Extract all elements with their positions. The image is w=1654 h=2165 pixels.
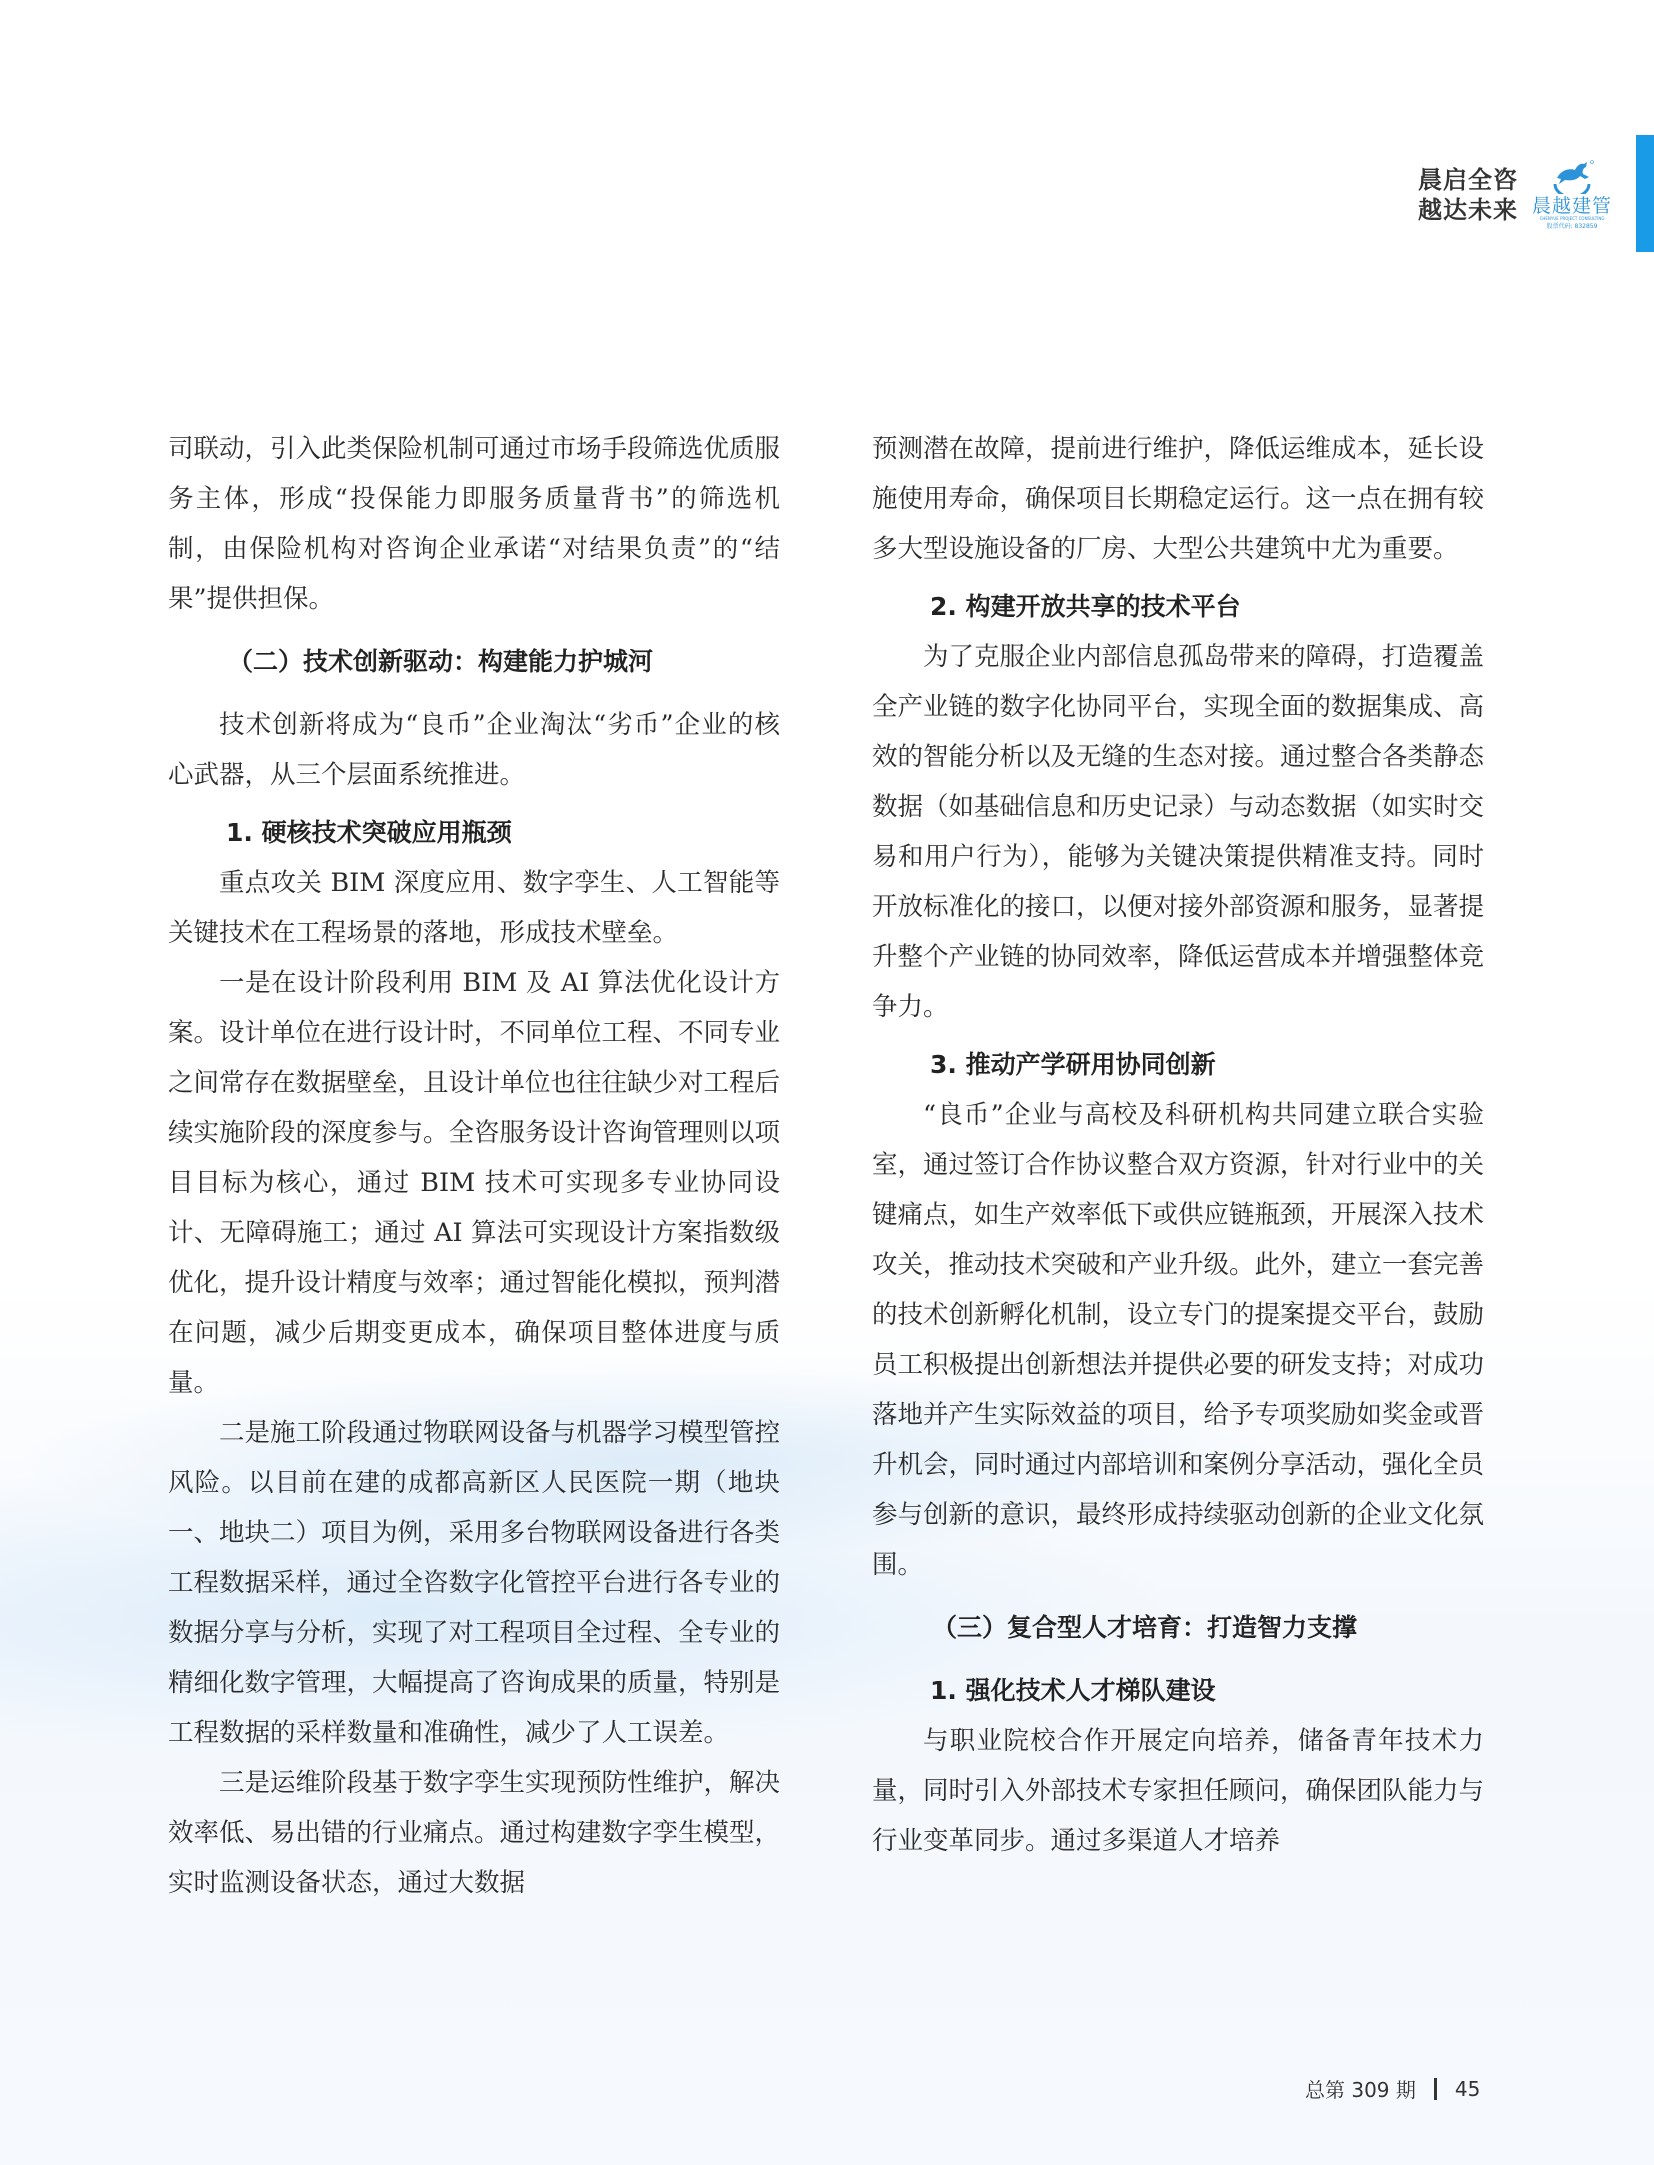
section-heading: （二）技术创新驱动：构建能力护城河 bbox=[168, 637, 780, 687]
footer-divider bbox=[1434, 2078, 1437, 2100]
logo-name-cn: 晨越建管 bbox=[1532, 196, 1612, 216]
left-column: 司联动，引入此类保险机制可通过市场手段筛选优质服务主体，形成“投保能力即服务质量… bbox=[168, 424, 780, 1908]
subsection-heading: 1. 硬核技术突破应用瓶颈 bbox=[168, 808, 780, 858]
subsection-heading: 1. 强化技术人才梯队建设 bbox=[872, 1666, 1484, 1716]
paragraph: 司联动，引入此类保险机制可通过市场手段筛选优质服务主体，形成“投保能力即服务质量… bbox=[168, 424, 780, 624]
paragraph: 二是施工阶段通过物联网设备与机器学习模型管控风险。以目前在建的成都高新区人民医院… bbox=[168, 1408, 780, 1758]
paragraph: 三是运维阶段基于数字孪生实现预防性维护，解决效率低、易出错的行业痛点。通过构建数… bbox=[168, 1758, 780, 1908]
subsection-heading: 3. 推动产学研用协同创新 bbox=[872, 1040, 1484, 1090]
paragraph: 一是在设计阶段利用 BIM 及 AI 算法优化设计方案。设计单位在进行设计时，不… bbox=[168, 958, 780, 1408]
slogan-line-1: 晨启全咨 bbox=[1418, 165, 1518, 195]
page-footer: 总第 309 期 45 bbox=[1305, 2074, 1480, 2103]
paragraph: 技术创新将成为“良币”企业淘汰“劣币”企业的核心武器，从三个层面系统推进。 bbox=[168, 700, 780, 800]
header-brand: 晨启全咨 越达未来 晨越建管 CHENYUE PROJECT CONSULTIN… bbox=[1418, 158, 1612, 232]
page-number: 45 bbox=[1455, 2077, 1480, 2101]
slogan: 晨启全咨 越达未来 bbox=[1418, 165, 1518, 225]
slogan-line-2: 越达未来 bbox=[1418, 195, 1518, 225]
paragraph: 为了克服企业内部信息孤岛带来的障碍，打造覆盖全产业链的数字化协同平台，实现全面的… bbox=[872, 632, 1484, 1032]
right-column: 预测潜在故障，提前进行维护，降低运维成本，延长设施使用寿命，确保项目长期稳定运行… bbox=[872, 424, 1484, 1866]
subsection-heading: 2. 构建开放共享的技术平台 bbox=[872, 582, 1484, 632]
paragraph: “良币”企业与高校及科研机构共同建立联合实验室，通过签订合作协议整合双方资源，针… bbox=[872, 1090, 1484, 1590]
paragraph: 重点攻关 BIM 深度应用、数字孪生、人工智能等关键技术在工程场景的落地，形成技… bbox=[168, 858, 780, 958]
stock-code: 股票代码: 832859 bbox=[1547, 222, 1598, 232]
horse-logo-icon bbox=[1547, 158, 1597, 194]
issue-number: 总第 309 期 bbox=[1305, 2074, 1416, 2103]
section-heading: （三）复合型人才培育：打造智力支撑 bbox=[872, 1603, 1484, 1653]
paragraph: 与职业院校合作开展定向培养，储备青年技术力量，同时引入外部技术专家担任顾问，确保… bbox=[872, 1716, 1484, 1866]
paragraph: 预测潜在故障，提前进行维护，降低运维成本，延长设施使用寿命，确保项目长期稳定运行… bbox=[872, 424, 1484, 574]
accent-side-bar bbox=[1636, 135, 1654, 252]
company-logo: 晨越建管 CHENYUE PROJECT CONSULTING 股票代码: 83… bbox=[1532, 158, 1612, 232]
